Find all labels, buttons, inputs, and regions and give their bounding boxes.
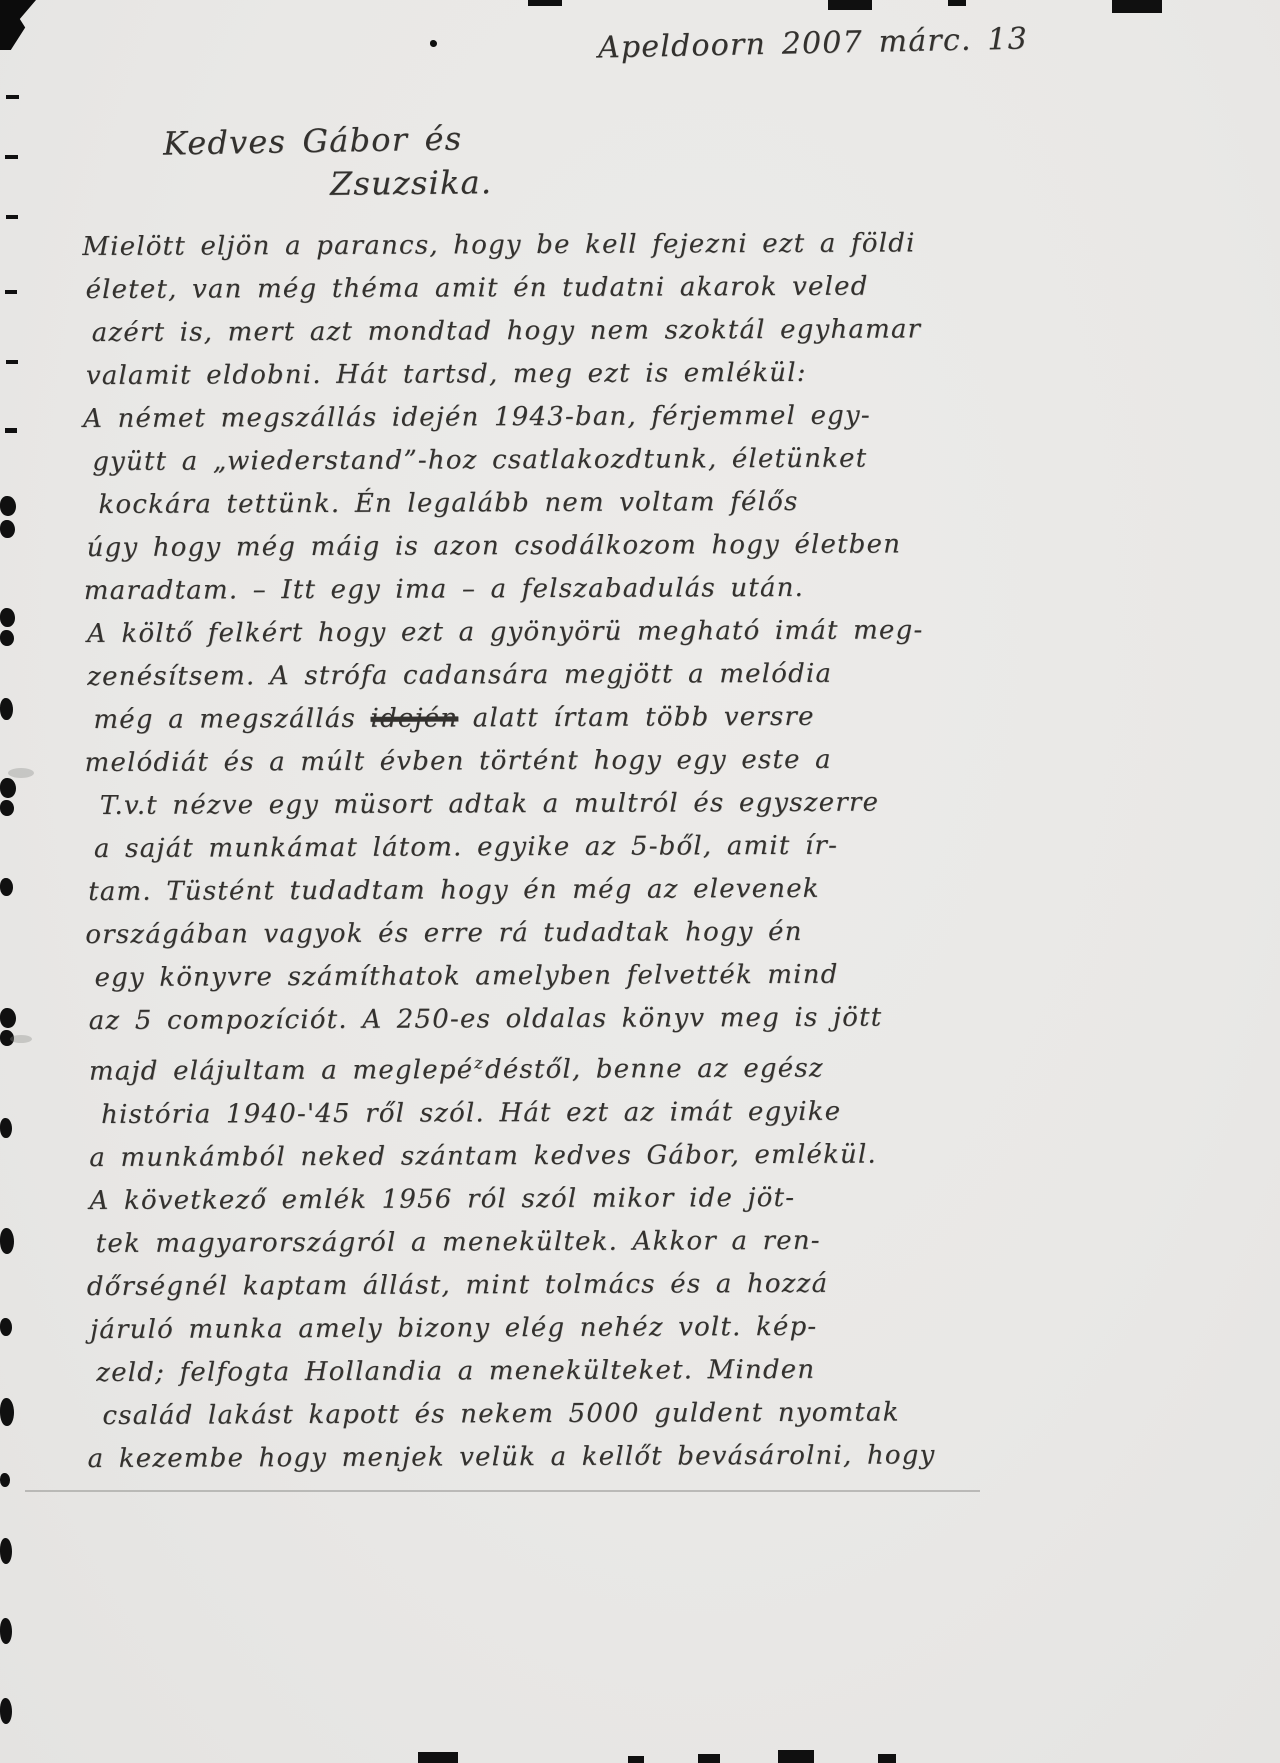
salutation-line-2: Zsuzsika. <box>330 163 493 203</box>
scan-mark <box>828 0 872 10</box>
scan-mark <box>0 800 14 816</box>
scan-mark <box>0 1008 16 1028</box>
letter-line: kockára tettünk. Én legalább nem voltam … <box>98 480 1006 527</box>
letter-line: Mielött eljön a parancs, hogy be kell fe… <box>82 222 1005 269</box>
letter-line: A költő felkért hogy ezt a gyönyörü megh… <box>87 609 1007 656</box>
letter-line: valamit eldobni. Hát tartsd, meg ezt is … <box>86 351 1006 398</box>
scan-mark <box>0 1473 10 1487</box>
inserted-correction: z <box>474 1053 484 1072</box>
letter-line: azért is, mert azt mondtad hogy nem szok… <box>92 308 1006 355</box>
scan-mark <box>778 1750 814 1763</box>
letter-line: maradtam. – Itt egy ima – a felszabadulá… <box>84 566 1007 613</box>
letter-line: járuló munka amely bizony elég nehéz vol… <box>90 1305 1010 1352</box>
letter-line: a munkámból neked szántam kedves Gábor, … <box>89 1133 1009 1180</box>
letter-line: tam. Tüstént tudadtam hogy én még az ele… <box>88 867 1008 914</box>
letter-line: életet, van még théma amit én tudatni ak… <box>85 265 1005 312</box>
struck-word: idején <box>370 703 458 733</box>
scan-mark <box>0 698 13 720</box>
salutation-line-1: Kedves Gábor és <box>163 119 463 162</box>
scan-mark <box>6 360 18 364</box>
scan-mark <box>0 608 15 627</box>
scan-mark <box>528 0 562 6</box>
scan-mark <box>6 215 18 219</box>
scan-mark <box>0 878 13 896</box>
letter-body: Mielött eljön a parancs, hogy be kell fe… <box>85 222 1010 1481</box>
letter-line-with-strikethrough: még a megszállás idején alatt írtam több… <box>93 695 1007 742</box>
letter-line: zeld; felfogta Hollandia a menekülteket.… <box>96 1348 1010 1395</box>
letter-line-with-insertion: majd elájultam a meglepézdéstől, benne a… <box>89 1039 1009 1094</box>
letter-line: az 5 compozíciót. A 250-es oldalas könyv… <box>89 996 1009 1043</box>
scanned-letter-page: Apeldoorn 2007 márc. 13 Kedves Gábor és … <box>0 0 1280 1763</box>
letter-line: tek magyarországról a menekültek. Akkor … <box>96 1219 1010 1266</box>
scan-smudge <box>8 768 34 778</box>
scan-smudge <box>10 1035 32 1043</box>
scan-mark <box>5 155 18 159</box>
letter-line: zenésítsem. A strófa cadansára megjött a… <box>87 652 1007 699</box>
scan-mark <box>628 1756 644 1763</box>
scan-mark <box>0 1318 12 1336</box>
scan-mark <box>0 496 16 516</box>
letter-line: história 1940-'45 ről szól. Hát ezt az i… <box>101 1090 1009 1137</box>
scan-mark <box>0 520 15 538</box>
letter-line: a kezembe hogy menjek velük a kellőt bev… <box>88 1434 1011 1481</box>
scan-mark <box>0 1118 12 1138</box>
scan-mark <box>1112 0 1162 13</box>
scan-corner-artifact <box>0 0 36 50</box>
date-line: Apeldoorn 2007 márc. 13 <box>598 22 1029 66</box>
line-segment: déstől, benne az egész <box>485 1053 824 1084</box>
letter-line: országában vagyok és erre rá tudadtak ho… <box>85 910 1008 957</box>
letter-line: gyütt a „wiederstand”-hoz csatlakozdtunk… <box>92 437 1006 484</box>
letter-line: T.v.t nézve egy müsort adtak a multról é… <box>100 781 1008 828</box>
scan-mark <box>6 95 19 99</box>
scan-mark <box>0 1698 12 1724</box>
line-segment: majd elájultam a meglepé <box>89 1055 473 1087</box>
letter-line: A következő emlék 1956 ról szól mikor id… <box>89 1176 1009 1223</box>
scan-mark <box>948 0 966 6</box>
scan-mark <box>0 1398 14 1426</box>
scan-line-artifact <box>25 1490 980 1492</box>
letter-line: A német megszállás idején 1943-ban, férj… <box>83 394 1006 441</box>
scan-mark <box>0 778 16 798</box>
scan-mark <box>0 1618 12 1644</box>
letter-line: a saját munkámat látom. egyike az 5-ből,… <box>94 824 1008 871</box>
letter-line: család lakást kapott és nekem 5000 gulde… <box>102 1391 1010 1438</box>
scan-mark <box>0 1538 12 1564</box>
scan-mark <box>878 1754 896 1763</box>
scan-mark <box>430 40 437 47</box>
scan-mark <box>0 1228 14 1254</box>
scan-mark <box>5 428 17 433</box>
line-segment: alatt írtam több versre <box>458 702 815 734</box>
letter-line: dőrségnél kaptam állást, mint tolmács és… <box>87 1262 1010 1309</box>
scan-mark <box>5 290 17 294</box>
letter-line: melódiát és a múlt évben történt hogy eg… <box>85 738 1008 785</box>
scan-mark <box>0 630 14 646</box>
letter-line: úgy hogy még máig is azon csodálkozom ho… <box>87 523 1007 570</box>
scan-mark <box>418 1752 458 1763</box>
scan-mark <box>698 1754 720 1763</box>
line-segment: még a megszállás <box>93 704 370 735</box>
letter-line: egy könyvre számíthatok amelyben felvett… <box>94 953 1008 1000</box>
